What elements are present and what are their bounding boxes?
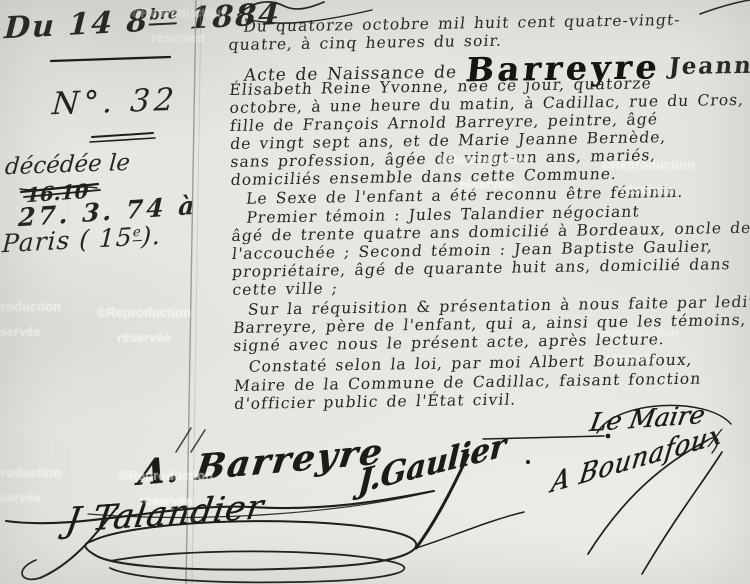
- death-note-line1: décédée le: [4, 150, 131, 180]
- act-number-underline: [90, 138, 155, 142]
- margin-date-underline: [51, 57, 170, 61]
- margin-date-superscript: bre: [149, 4, 178, 26]
- document-scan: { "margin": { "date_prefix": "Du 14 8", …: [0, 0, 750, 584]
- watermark-line2: réservée: [78, 325, 210, 350]
- margin-date-text: Du 14 8: [3, 4, 150, 47]
- death-note-city-text: Paris ( 15: [1, 222, 133, 258]
- act-text: Du quatorze octobre mil huit cent quatre…: [228, 0, 750, 430]
- child-given-name: Jeanne: [668, 51, 750, 80]
- signature-talandier: J Talandier: [63, 487, 267, 541]
- death-note-end: ).: [141, 221, 162, 251]
- watermark-line1: ©Reproduction: [0, 294, 80, 319]
- watermark-line1: ©Reproduction: [78, 300, 210, 325]
- talandier-paraph-loop: [110, 551, 404, 582]
- watermark: ©Reproductionréservée: [0, 294, 80, 344]
- act-number: N°. 32: [51, 82, 179, 122]
- signature-barreyre: A. Barreyre: [136, 431, 387, 494]
- watermark-line2: réservée: [0, 319, 80, 344]
- act-number-underline: [92, 133, 153, 137]
- watermark: ©Reproductionréservée: [78, 300, 210, 350]
- talandier-descender: [22, 560, 40, 579]
- act-line: d'officier public de l'État civil.: [233, 391, 517, 413]
- gaulier-tail-stroke: [416, 512, 524, 548]
- act-line: cette ville ;: [232, 279, 340, 299]
- bounafoux-paraph-stroke: [642, 452, 722, 574]
- watermark-line1: ©Reproduction: [0, 460, 80, 485]
- gaulier-i-dot: [526, 460, 530, 464]
